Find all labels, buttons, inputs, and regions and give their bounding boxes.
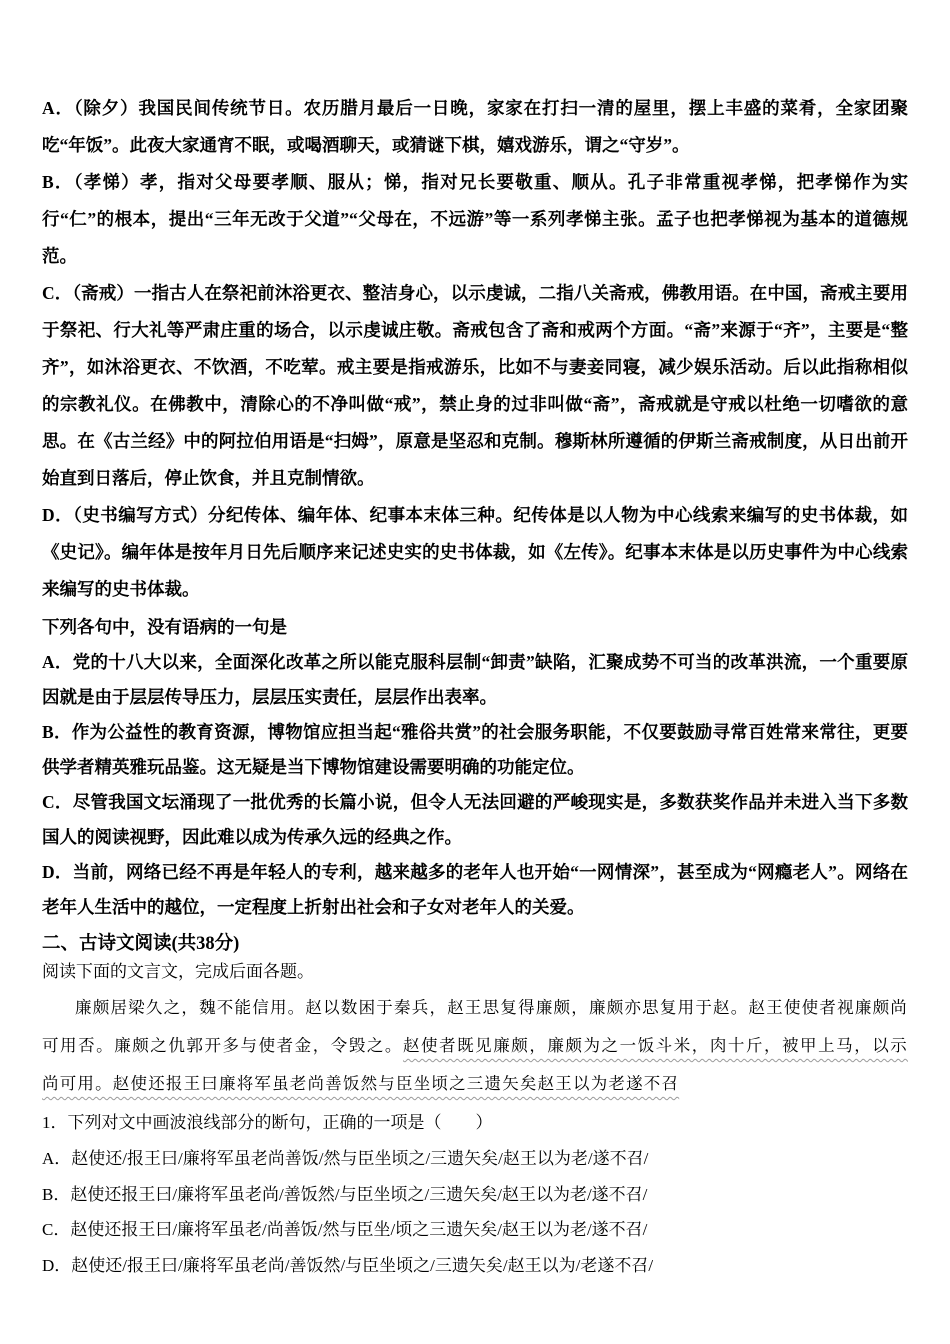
definition-item-b: B．（孝悌）孝，指对父母要孝顺、服从；悌，指对兄长要敬重、顺从。孔子非常重视孝悌… <box>42 164 908 275</box>
classical-reading-section: 二、古诗文阅读(共38分) 阅读下面的文言文，完成后面各题。 廉颇居梁久之，魏不… <box>42 931 908 1283</box>
grammar-question-stem: 下列各句中，没有语病的一句是 <box>42 610 908 645</box>
grammar-question-section: 下列各句中，没有语病的一句是 A．党的十八大以来，全面深化改革之所以能克服科层制… <box>42 610 908 925</box>
question-1-options: A．赵使还/报王曰/廉将军虽老尚善饭/然与臣坐顷之/三遗矢矣/赵王以为老/遂不召… <box>42 1141 908 1283</box>
grammar-option-a: A．党的十八大以来，全面深化改革之所以能克服科层制“卸责”缺陷，汇聚成势不可当的… <box>42 645 908 715</box>
grammar-option-b: B．作为公益性的教育资源，博物馆应担当起“雅俗共赏”的社会服务职能，不仅要鼓励寻… <box>42 715 908 785</box>
definition-item-a: A．（除夕）我国民间传统节日。农历腊月最后一日晚，家家在打扫一清的屋里，摆上丰盛… <box>42 90 908 164</box>
definition-item-d: D．（史书编写方式）分纪传体、编年体、纪事本末体三种。纪传体是以人物为中心线索来… <box>42 497 908 608</box>
question-1-option-d: D．赵使还/报王曰/廉将军虽老尚/善饭然/与臣坐顷之/三遗矢矣/赵王以为/老遂不… <box>42 1248 908 1284</box>
definition-item-c: C．（斋戒）一指古人在祭祀前沐浴更衣、整洁身心，以示虔诚，二指八关斋戒，佛教用语… <box>42 275 908 497</box>
question-1-option-a: A．赵使还/报王曰/廉将军虽老尚善饭/然与臣坐顷之/三遗矢矣/赵王以为老/遂不召… <box>42 1141 908 1177</box>
grammar-option-d: D．当前，网络已经不再是年轻人的专利，越来越多的老年人也开始“一网情深”，甚至成… <box>42 855 908 925</box>
section-two-heading: 二、古诗文阅读(共38分) <box>42 931 908 958</box>
exam-page: A．（除夕）我国民间传统节日。农历腊月最后一日晚，家家在打扫一清的屋里，摆上丰盛… <box>0 0 950 1344</box>
cultural-definitions-section: A．（除夕）我国民间传统节日。农历腊月最后一日晚，家家在打扫一清的屋里，摆上丰盛… <box>42 90 908 608</box>
question-1-option-c: C．赵使还报王曰/廉将军虽老/尚善饭/然与臣坐/顷之三遗矢矣/赵王以为老/遂不召… <box>42 1212 908 1248</box>
passage-instruction: 阅读下面的文言文，完成后面各题。 <box>42 958 908 985</box>
question-1-option-b: B．赵使还报王曰/廉将军虽老尚/善饭然/与臣坐顷之/三遗矢矣/赵王以为老/遂不召… <box>42 1177 908 1213</box>
classical-passage: 廉颇居梁久之，魏不能信用。赵以数困于秦兵，赵王思复得廉颇，廉颇亦思复用于赵。赵王… <box>42 989 908 1103</box>
question-1-stem: 1．下列对文中画波浪线部分的断句，正确的一项是（ ） <box>42 1105 908 1141</box>
grammar-option-c: C．尽管我国文坛涌现了一批优秀的长篇小说，但令人无法回避的严峻现实是，多数获奖作… <box>42 785 908 855</box>
